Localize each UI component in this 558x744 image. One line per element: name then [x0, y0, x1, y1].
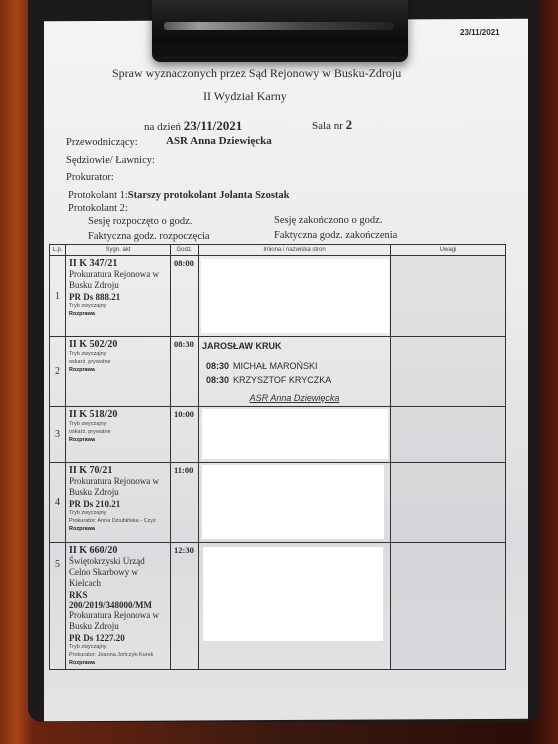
schedule-date: na dzień 23/11/2021	[144, 118, 242, 134]
case-type: Rozprawa	[69, 310, 167, 318]
case-note: Prokurator: Anna Dziubińska - Czyż	[69, 517, 167, 525]
table-row: 3 II K 518/20 Tryb zwyczajny oskarż. pry…	[50, 407, 506, 463]
table-row: 2 II K 502/20 Tryb zwyczajny oskarż. pry…	[50, 337, 506, 407]
case-type: Rozprawa	[69, 525, 167, 533]
date-label: na dzień	[144, 121, 181, 133]
case-signature: II K 660/20	[69, 545, 167, 556]
col-notes: Uwagi	[391, 245, 506, 256]
col-time: Godz.	[171, 245, 199, 256]
parties-cell	[199, 543, 391, 670]
chair-value: ASR Anna Dziewięcka	[166, 135, 272, 147]
case-note: oskarż. prywatne	[69, 358, 167, 366]
case-signature: II K 70/21	[69, 465, 167, 476]
case-type: Rozprawa	[69, 436, 167, 444]
notes-cell	[391, 337, 506, 407]
case-reference: PR Ds 210.21	[69, 499, 167, 509]
row-number: 5	[50, 543, 66, 670]
prosecutor-label: Prokurator:	[66, 172, 114, 183]
notes-cell	[391, 543, 506, 670]
table-header: L.p. Sygn. akt Godz. Imiona i nazwiska s…	[50, 245, 506, 256]
party-main: JAROSŁAW KRUK	[202, 341, 387, 351]
row-number: 4	[50, 463, 66, 543]
clerk1-label: Protokolant 1:	[68, 190, 128, 201]
case-reference: RKS 200/2019/348000/MM	[69, 590, 167, 610]
case-signature: II K 518/20	[69, 409, 167, 420]
party-entry: 08:30KRZYSZTOF KRYCZKA	[206, 375, 387, 385]
party-entry: 08:30MICHAŁ MAROŃSKI	[206, 361, 387, 371]
case-cell: II K 518/20 Tryb zwyczajny oskarż. prywa…	[66, 407, 171, 463]
case-time: 12:30	[171, 543, 199, 670]
parties-cell	[199, 407, 391, 463]
case-type: Rozprawa	[69, 366, 167, 374]
party-time: 08:30	[206, 375, 229, 385]
redacted-block	[202, 465, 384, 539]
case-mode: Tryb zwyczajny	[69, 302, 167, 310]
case-note: oskarż. prywatne	[69, 428, 167, 436]
redacted-block	[201, 259, 389, 333]
case-cell: II K 347/21 Prokuratura Rejonowa w Busku…	[66, 256, 171, 337]
date-value: 23/11/2021	[184, 118, 243, 133]
session-start-label: Sesję rozpoczęto o godz.	[88, 216, 192, 227]
case-mode: Tryb zwyczajny	[69, 350, 167, 358]
notes-cell	[391, 256, 506, 337]
case-reference-2: PR Ds 1227.20	[69, 633, 167, 643]
party-time: 08:30	[206, 361, 229, 371]
parties-cell	[199, 256, 391, 337]
table-row: 1 II K 347/21 Prokuratura Rejonowa w Bus…	[50, 256, 506, 337]
case-mode: Tryb zwyczajny	[69, 643, 167, 651]
case-organization-2: Prokuratura Rejonowa w Busku Zdroju	[69, 610, 167, 632]
clipboard-clip	[152, 0, 408, 62]
case-type: Rozprawa	[69, 659, 167, 667]
col-lp: L.p.	[50, 245, 66, 256]
row-number: 3	[50, 407, 66, 463]
room-value: 2	[346, 117, 353, 132]
col-signature: Sygn. akt	[66, 245, 171, 256]
row-number: 1	[50, 256, 66, 337]
party-name: MICHAŁ MAROŃSKI	[233, 361, 318, 371]
department-title: II Wydział Karny	[203, 89, 287, 104]
clerk2-label: Protokolant 2:	[68, 203, 128, 214]
parties-cell	[199, 463, 391, 543]
parties-cell: JAROSŁAW KRUK 08:30MICHAŁ MAROŃSKI 08:30…	[199, 337, 391, 407]
case-signature: II K 502/20	[69, 339, 167, 350]
case-organization: Prokuratura Rejonowa w Busku Zdroju	[69, 476, 167, 498]
print-date: 23/11/2021	[460, 28, 500, 37]
case-time: 08:30	[171, 337, 199, 407]
case-mode: Tryb zwyczajny	[69, 509, 167, 517]
page-title: Spraw wyznaczonych przez Sąd Rejonowy w …	[112, 66, 401, 81]
actual-end-label: Faktyczna godz. zakończenia	[274, 230, 397, 241]
case-cell: II K 502/20 Tryb zwyczajny oskarż. prywa…	[66, 337, 171, 407]
clerk1-line: Protokolant 1:Starszy protokolant Jolant…	[68, 190, 290, 201]
case-signature: II K 347/21	[69, 258, 167, 269]
case-organization: Świętokrzyski Urząd Celno Skarbowy w Kie…	[69, 556, 167, 589]
notes-cell	[391, 463, 506, 543]
clip-highlight	[164, 22, 394, 30]
case-mode: Tryb zwyczajny	[69, 420, 167, 428]
room-number: Sala nr 2	[312, 117, 352, 133]
table-row: 5 II K 660/20 Świętokrzyski Urząd Celno …	[50, 543, 506, 670]
party-name: KRZYSZTOF KRYCZKA	[233, 375, 331, 385]
redacted-block	[203, 547, 383, 641]
case-organization: Prokuratura Rejonowa w Busku Zdroju	[69, 269, 167, 291]
judge-name: ASR Anna Dziewięcka	[202, 393, 387, 403]
case-cell: II K 70/21 Prokuratura Rejonowa w Busku …	[66, 463, 171, 543]
clerk1-value: Starszy protokolant Jolanta Szostak	[128, 190, 290, 201]
case-time: 11:00	[171, 463, 199, 543]
cases-table: L.p. Sygn. akt Godz. Imiona i nazwiska s…	[49, 244, 506, 670]
case-reference: PR Ds 888.21	[69, 292, 167, 302]
actual-start-label: Faktyczna godz. rozpoczęcia	[88, 231, 210, 242]
room-label: Sala nr	[312, 120, 343, 132]
table-row: 4 II K 70/21 Prokuratura Rejonowa w Busk…	[50, 463, 506, 543]
case-time: 08:00	[171, 256, 199, 337]
redacted-block	[202, 409, 388, 459]
case-cell: II K 660/20 Świętokrzyski Urząd Celno Sk…	[66, 543, 171, 670]
judges-label: Sędziowie/ Ławnicy:	[66, 155, 155, 166]
case-note: Prokurator: Joanna Jończyk-Kurek	[69, 651, 167, 659]
notes-cell	[391, 407, 506, 463]
session-end-label: Sesję zakończono o godz.	[274, 215, 382, 226]
col-parties: Imiona i nazwiska stron	[199, 245, 391, 256]
chair-label: Przewodniczący:	[66, 137, 138, 148]
row-number: 2	[50, 337, 66, 407]
case-time: 10:00	[171, 407, 199, 463]
